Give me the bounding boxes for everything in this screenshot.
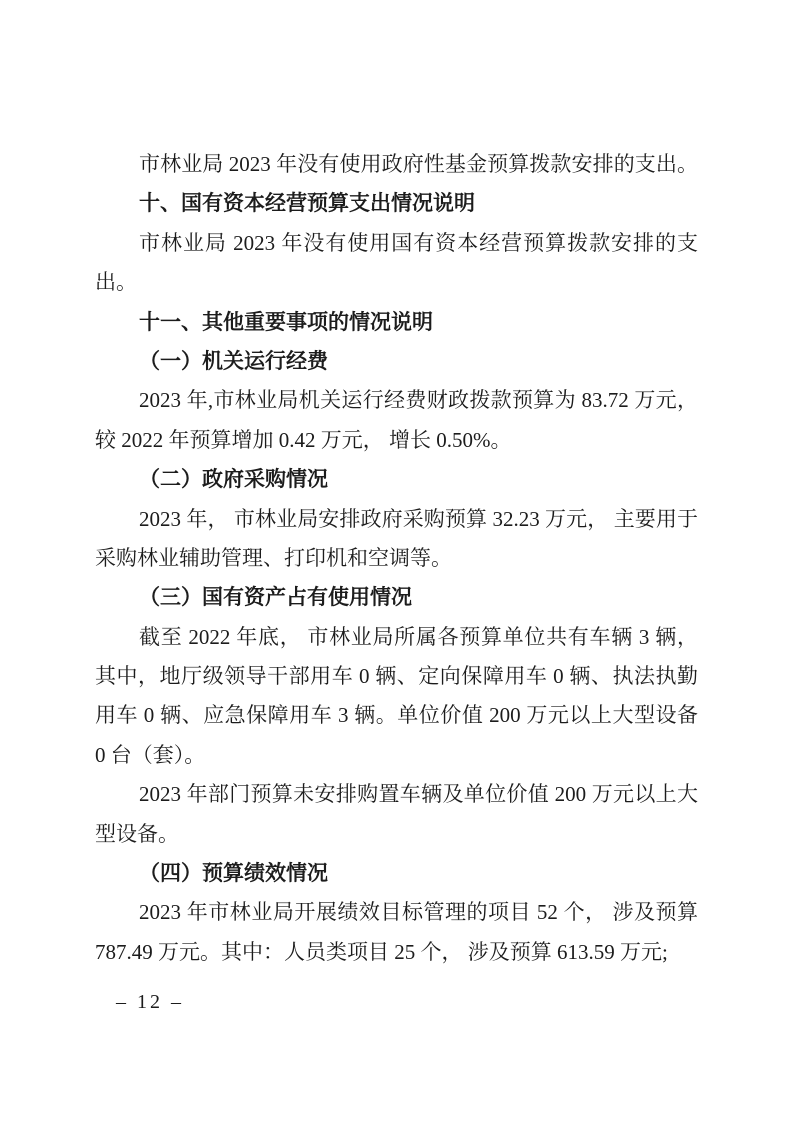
section-heading: （三）国有资产占有使用情况 <box>95 578 698 617</box>
section-heading: （一）机关运行经费 <box>95 342 698 381</box>
section-heading: 十一、其他重要事项的情况说明 <box>95 303 698 342</box>
text-line: 型设备。 <box>95 815 698 854</box>
text-line: 2023 年部门预算未安排购置车辆及单位价值 200 万元以上大 <box>95 775 698 814</box>
text-line: 较 2022 年预算增加 0.42 万元， 增长 0.50%。 <box>95 421 698 460</box>
text-line: 2023 年， 市林业局安排政府采购预算 32.23 万元， 主要用于 <box>95 500 698 539</box>
text-line: 出。 <box>95 263 698 302</box>
document-page: 市林业局 2023 年没有使用政府性基金预算拨款安排的支出。十、国有资本经营预算… <box>0 0 793 1122</box>
text-line: 截至 2022 年底， 市林业局所属各预算单位共有车辆 3 辆， <box>95 618 698 657</box>
text-line: 市林业局 2023 年没有使用政府性基金预算拨款安排的支出。 <box>95 145 698 184</box>
text-line: 其中，地厅级领导干部用车 0 辆、定向保障用车 0 辆、执法执勤 <box>95 657 698 696</box>
text-line: 0 台（套）。 <box>95 736 698 775</box>
text-line: 2023 年,市林业局机关运行经费财政拨款预算为 83.72 万元， <box>95 381 698 420</box>
section-heading: （四）预算绩效情况 <box>95 854 698 893</box>
text-line: 787.49 万元。其中：人员类项目 25 个， 涉及预算 613.59 万元; <box>95 933 698 972</box>
page-number: – 12 – <box>116 991 184 1014</box>
section-heading: （二）政府采购情况 <box>95 460 698 499</box>
document-body: 市林业局 2023 年没有使用政府性基金预算拨款安排的支出。十、国有资本经营预算… <box>95 145 698 972</box>
section-heading: 十、国有资本经营预算支出情况说明 <box>95 184 698 223</box>
text-line: 采购林业辅助管理、打印机和空调等。 <box>95 539 698 578</box>
text-line: 市林业局 2023 年没有使用国有资本经营预算拨款安排的支 <box>95 224 698 263</box>
text-line: 2023 年市林业局开展绩效目标管理的项目 52 个， 涉及预算 <box>95 893 698 932</box>
text-line: 用车 0 辆、应急保障用车 3 辆。单位价值 200 万元以上大型设备 <box>95 696 698 735</box>
